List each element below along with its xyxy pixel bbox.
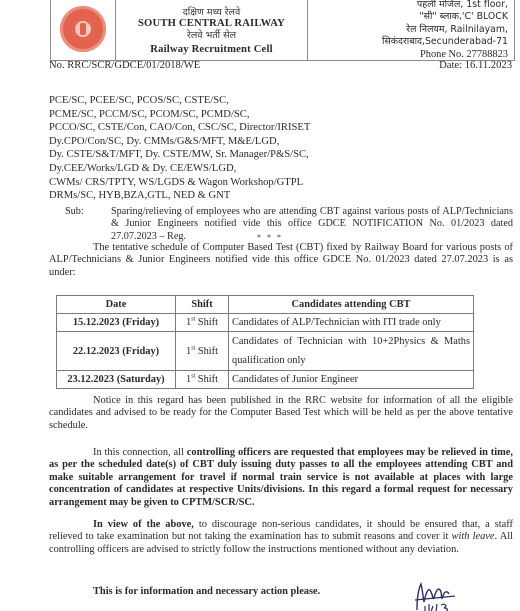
- addressee-line: PCME/SC, PCCM/SC, PCOM/SC, PCMD/SC,: [49, 108, 469, 122]
- notice-page: दक्षिण मध्य रेलवे SOUTH CENTRAL RAILWAY …: [0, 0, 520, 611]
- paragraph-controlling-officers: In this connection, all controlling offi…: [49, 447, 513, 509]
- table-row: 22.12.2023 (Friday) 1st Shift Candidates…: [57, 332, 474, 371]
- row-shift: 1st Shift: [176, 332, 229, 371]
- row-date: 23.12.2023 (Saturday): [57, 371, 176, 389]
- addressee-line: CWMs/ CRS/TPTY, WS/LGDS & Wagon Workshop…: [49, 176, 469, 190]
- row-shift: 1st Shift: [176, 314, 229, 332]
- paragraph-schedule-intro: The tentative schedule of Computer Based…: [49, 242, 513, 279]
- cbt-schedule-table: Date Shift Candidates attending CBT 15.1…: [56, 295, 474, 389]
- addressee-list: PCE/SC, PCEE/SC, PCOS/SC, CSTE/SC, PCME/…: [49, 94, 469, 203]
- address-line: पहली मंजिल, 1st floor,: [308, 0, 508, 11]
- zone-name-hindi: दक्षिण मध्य रेलवे: [116, 7, 307, 18]
- addressee-line: Dy.CEE/Works/LGD & Dy. CE/EWS/LGD,: [49, 162, 469, 176]
- table-header-row: Date Shift Candidates attending CBT: [57, 296, 474, 314]
- paragraph-notice-published: Notice in this regard has been published…: [49, 395, 513, 432]
- addressee-line: Dy.CPO/Con/SC, Dy. CMMs/G&S/MFT, M&E/LGD…: [49, 135, 469, 149]
- row-candidates: Candidates of Junior Engineer: [229, 371, 474, 389]
- row-candidates: Candidates of ALP/Technician with ITI tr…: [229, 314, 474, 332]
- row-date: 15.12.2023 (Friday): [57, 314, 176, 332]
- separator-stars: * * *: [0, 233, 520, 242]
- address-line: सिकंदराबाद,Secunderabad-71: [308, 36, 508, 48]
- header-date: Date: [57, 296, 176, 314]
- addressee-line: DRMs/SC, HYB,BZA,GTL, NED & GNT: [49, 189, 469, 203]
- table-row: 15.12.2023 (Friday) 1st Shift Candidates…: [57, 314, 474, 332]
- letter-date: Date: 16.11.2023: [439, 60, 512, 71]
- row-candidates: Candidates of Technician with 10+2Physic…: [229, 332, 474, 371]
- address-line: "सी" ब्लाक,'C' BLOCK: [308, 11, 508, 23]
- logo-cell: [51, 0, 116, 60]
- signature-icon: [411, 578, 471, 611]
- addressee-line: Dy. CSTE/S&T/MFT, Dy. CSTE/MW, Sr. Manag…: [49, 148, 469, 162]
- row-shift: 1st Shift: [176, 371, 229, 389]
- table-row: 23.12.2023 (Saturday) 1st Shift Candidat…: [57, 371, 474, 389]
- cell-name-hindi: रेलवे भर्ती सेल: [116, 30, 307, 41]
- cell-name-english: Railway Recruitment Cell: [116, 44, 307, 56]
- reference-number: No. RRC/SCR/GDCE/01/2018/WE: [49, 60, 200, 71]
- zone-name-english: SOUTH CENTRAL RAILWAY: [116, 18, 307, 30]
- address-line: रेल निलयम, Railnilayam,: [308, 24, 508, 36]
- header-shift: Shift: [176, 296, 229, 314]
- header-candidates: Candidates attending CBT: [229, 296, 474, 314]
- letterhead: दक्षिण मध्य रेलवे SOUTH CENTRAL RAILWAY …: [50, 0, 515, 61]
- organization-block: दक्षिण मध्य रेलवे SOUTH CENTRAL RAILWAY …: [116, 0, 308, 60]
- addressee-line: PCE/SC, PCEE/SC, PCOS/SC, CSTE/SC,: [49, 94, 469, 108]
- indian-railways-logo-icon: [60, 6, 106, 52]
- address-block: पहली मंजिल, 1st floor, "सी" ब्लाक,'C' BL…: [308, 0, 514, 60]
- paragraph-non-serious-candidates: In view of the above, to discourage non-…: [49, 519, 513, 556]
- addressee-line: PCCO/SC, CSTE/Con, CAO/Con, CSC/SC, Dire…: [49, 121, 469, 135]
- row-date: 22.12.2023 (Friday): [57, 332, 176, 371]
